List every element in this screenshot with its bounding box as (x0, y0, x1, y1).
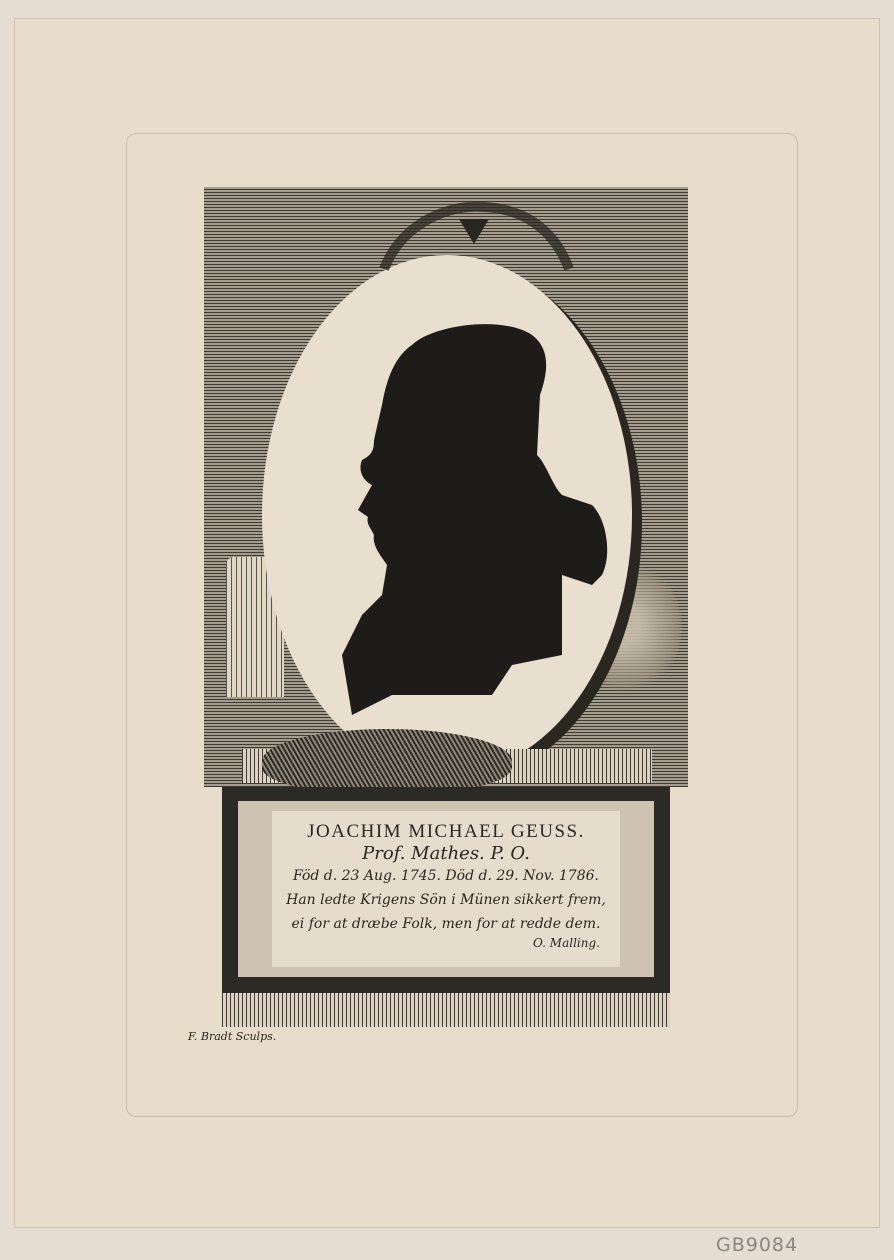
verse-line-1: Han ledte Krigens Sön i Münen sikkert fr… (272, 888, 620, 912)
laurel-wreath-icon (374, 199, 574, 279)
verse-line-2: ei for at dræbe Folk, men for at redde d… (272, 912, 620, 936)
sitter-name: JOACHIM MICHAEL GEUSS. (272, 821, 620, 843)
engraving: JOACHIM MICHAEL GEUSS. Prof. Mathes. P. … (204, 187, 688, 1025)
inscription-panel: JOACHIM MICHAEL GEUSS. Prof. Mathes. P. … (272, 811, 620, 967)
life-dates: Föd d. 23 Aug. 1745. Död d. 29. Nov. 178… (272, 864, 620, 888)
verse-author: O. Malling. (272, 936, 620, 950)
pedestal-frame: JOACHIM MICHAEL GEUSS. Prof. Mathes. P. … (222, 787, 670, 991)
pedestal-base (222, 991, 670, 1027)
drapery-icon (262, 729, 512, 793)
pedestal: JOACHIM MICHAEL GEUSS. Prof. Mathes. P. … (222, 747, 670, 1025)
profile-silhouette-icon (262, 255, 632, 775)
oval-medallion (262, 255, 632, 775)
sitter-title: Prof. Mathes. P. O. (272, 843, 620, 864)
pedestal-inner: JOACHIM MICHAEL GEUSS. Prof. Mathes. P. … (236, 799, 656, 979)
inscription: JOACHIM MICHAEL GEUSS. Prof. Mathes. P. … (272, 817, 620, 950)
engraver-credit: F. Bradt Sculps. (188, 1030, 276, 1043)
accession-number: GB9084 (716, 1234, 798, 1256)
